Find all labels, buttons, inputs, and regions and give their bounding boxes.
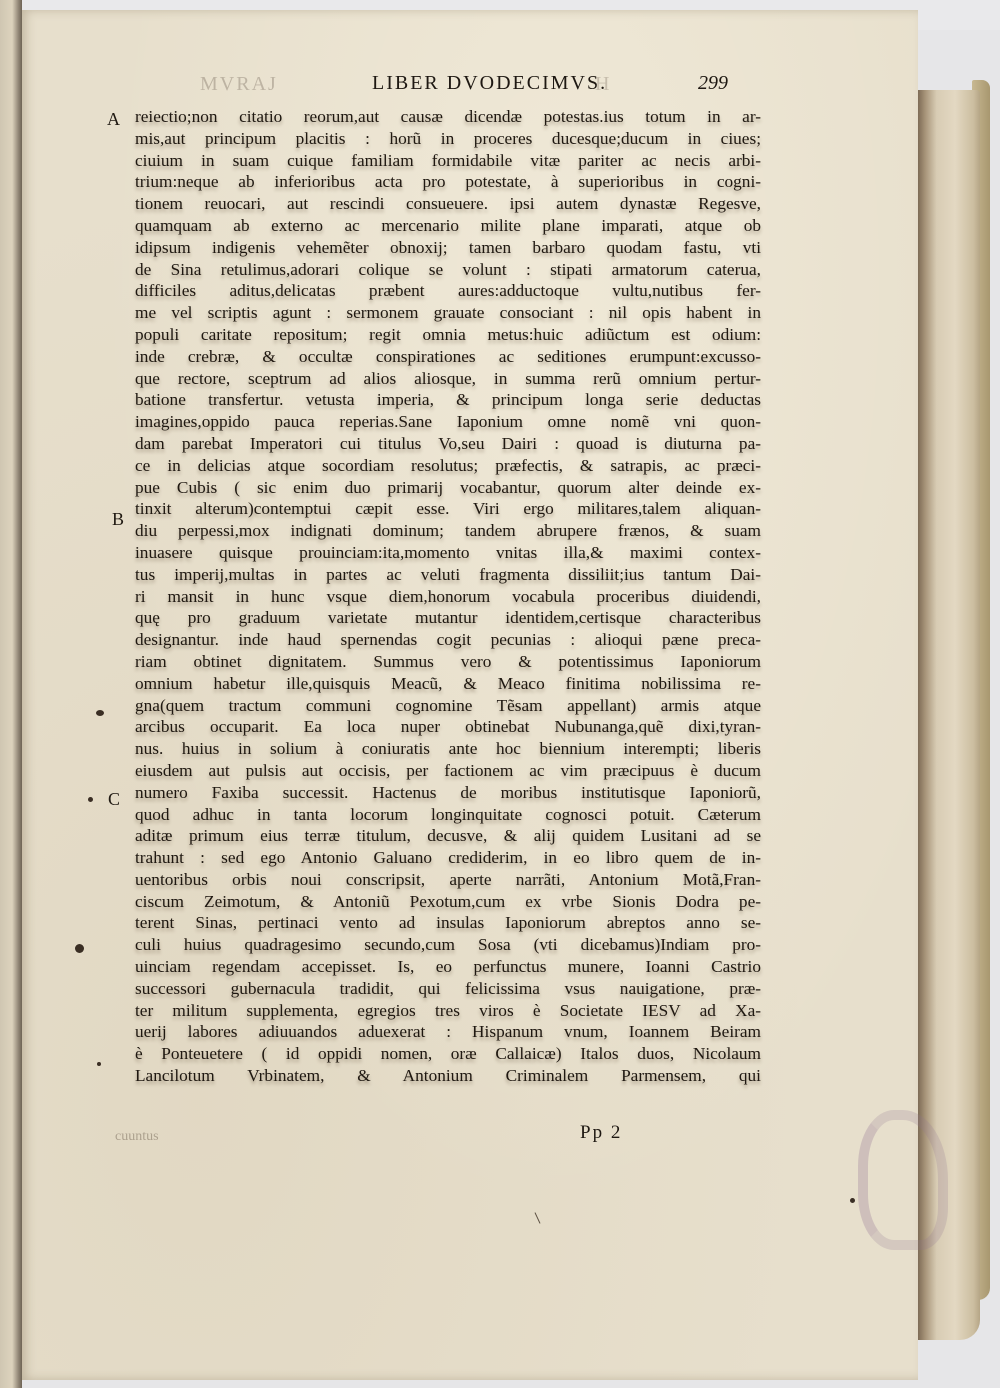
text-line: ciscum Zeimotum, & Antoniũ Pexotum,cum e… bbox=[135, 891, 761, 913]
margin-letter-c: C bbox=[108, 789, 120, 810]
text-line: inde crebræ, & occultæ conspirationes ac… bbox=[135, 346, 761, 368]
text-line: è Ponteuetere ( id oppidi nomen, oræ Cal… bbox=[135, 1043, 761, 1065]
text-line: culi huius quadragesimo secundo,cum Sosa… bbox=[135, 934, 761, 956]
ink-spot bbox=[850, 1198, 855, 1203]
ink-spot bbox=[88, 797, 93, 802]
text-line: terent Sinas, pertinaci vento ad insulas… bbox=[135, 912, 761, 934]
margin-letter-a: A bbox=[107, 109, 120, 130]
text-line: omnium habetur ille,quisquis Meacũ, & Me… bbox=[135, 673, 761, 695]
text-line: idipsum indigenis vehemẽter obnoxij; tam… bbox=[135, 237, 761, 259]
text-line: uentoribus orbis noui conscripsit, apert… bbox=[135, 869, 761, 891]
text-line: Lancilotum Vrbinatem, & Antonium Crimina… bbox=[135, 1065, 761, 1087]
text-line: quamquam ab externo ac mercenario milite… bbox=[135, 215, 761, 237]
bleed-through-catchword: cuuntus bbox=[115, 1129, 159, 1145]
text-line: imagines,oppido pauca reperias.Sane Iapo… bbox=[135, 411, 761, 433]
text-line: inuasere quisque prouinciam:ita,momento … bbox=[135, 542, 761, 564]
paper-stain bbox=[858, 1110, 948, 1250]
text-line: arcibus occuparit. Ea loca nuper obtineb… bbox=[135, 716, 761, 738]
bleed-through-text: H bbox=[595, 73, 609, 96]
text-line: successori gubernacula tradidit, qui fel… bbox=[135, 978, 761, 1000]
signature-mark: Pp 2 bbox=[580, 1122, 622, 1144]
text-line: aditæ primum eius terræ titulum, decusve… bbox=[135, 825, 761, 847]
text-line: mis,aut principum placitis : horũ in pro… bbox=[135, 128, 761, 150]
text-line: reiectio;non citatio reorum,aut causæ di… bbox=[135, 106, 761, 128]
text-line: batione transfertur. vetusta imperia, & … bbox=[135, 389, 761, 411]
page-header: MVRAJ LIBER DVODECIMVS. H 299 bbox=[100, 72, 780, 98]
text-line: quę pro graduum varietate mutantur ident… bbox=[135, 607, 761, 629]
text-line: ciuium in suam cuique familiam formidabi… bbox=[135, 150, 761, 172]
text-line: trahunt : sed ego Antonio Galuano credid… bbox=[135, 847, 761, 869]
text-line: dam parebat Imperatori cui titulus Vo,se… bbox=[135, 433, 761, 455]
text-line: eiusdem aut pulsis aut occisis, per fact… bbox=[135, 760, 761, 782]
text-line: gna(quem tractum communi cognomine Tẽsam… bbox=[135, 695, 761, 717]
bleed-through-text: MVRAJ bbox=[200, 73, 278, 96]
ink-spot bbox=[75, 944, 84, 953]
text-line: ri mansit in hunc vsque diem,honorum voc… bbox=[135, 586, 761, 608]
text-line: ce in delicias atque socordiam resolutus… bbox=[135, 455, 761, 477]
text-line: tinxit alterum)contemptui cæpit esse. Vi… bbox=[135, 498, 761, 520]
text-line: nus. huius in solium à coniuratis ante h… bbox=[135, 738, 761, 760]
text-line: que rectore, sceptrum ad alios aliosque,… bbox=[135, 368, 761, 390]
text-line: numero Faxiba successit. Hactenus de mor… bbox=[135, 782, 761, 804]
margin-letter-b: B bbox=[112, 509, 124, 530]
text-line: quod adhuc in tanta locorum longinquitat… bbox=[135, 804, 761, 826]
text-line: trium:neque ab inferioribus acta pro pot… bbox=[135, 171, 761, 193]
text-line: me vel scriptis agunt : sermonem grauate… bbox=[135, 302, 761, 324]
text-line: pue Cubis ( sic enim duo primarij vocaba… bbox=[135, 477, 761, 499]
page-number: 299 bbox=[698, 72, 728, 95]
facing-page-edge bbox=[0, 0, 22, 1388]
text-line: de Sina retulimus,adorari colique se vol… bbox=[135, 259, 761, 281]
text-line: tionem reuocari, aut rescindi consueuere… bbox=[135, 193, 761, 215]
text-line: tus imperij,multas in partes ac veluti f… bbox=[135, 564, 761, 586]
ink-spot bbox=[96, 710, 104, 716]
running-title: LIBER DVODECIMVS. bbox=[372, 72, 607, 95]
text-line: populi caritate repositum; regit omnia m… bbox=[135, 324, 761, 346]
text-line: diu perpessi,mox indignati dominum; tand… bbox=[135, 520, 761, 542]
text-line: designantur. inde haud spernendas cogit … bbox=[135, 629, 761, 651]
text-line: uerij labores adiuuandos aduexerat : His… bbox=[135, 1021, 761, 1043]
text-line: riam obtinet dignitatem. Summus vero & p… bbox=[135, 651, 761, 673]
text-line: uinciam regendam accepisset. Is, eo perf… bbox=[135, 956, 761, 978]
text-line: difficiles aditus,delicatas præbent aure… bbox=[135, 280, 761, 302]
body-text: reiectio;non citatio reorum,aut causæ di… bbox=[135, 106, 761, 1087]
text-line: ter militum supplementa, egregios tres v… bbox=[135, 1000, 761, 1022]
ink-spot bbox=[97, 1062, 101, 1066]
